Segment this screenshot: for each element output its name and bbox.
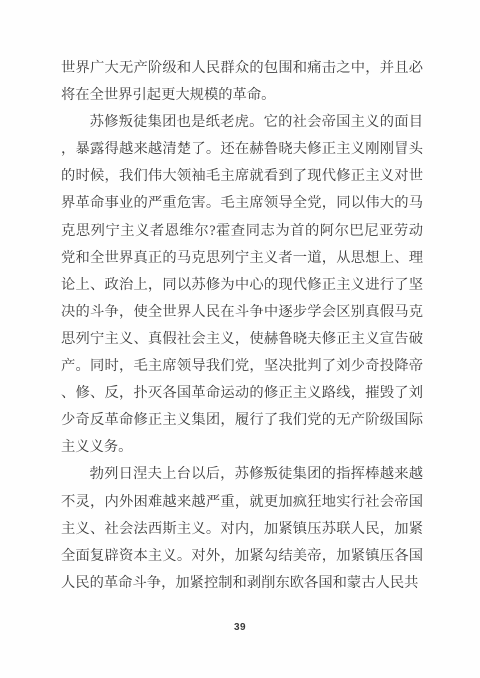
text-line: 的时候，我们伟大领袖毛主席就看到了现代修正主义对世 (61, 163, 423, 190)
paragraph: 世界广大无产阶级和人民群众的包围和痛击之中，并且必将在全世界引起更大规模的革命。 (61, 55, 423, 109)
text-line: 勃列日涅夫上台以后，苏修叛徒集团的指挥棒越来越 (61, 461, 423, 488)
text-block: 世界广大无产阶级和人民群众的包围和痛击之中，并且必将在全世界引起更大规模的革命。… (61, 55, 423, 597)
paragraph: 苏修叛徒集团也是纸老虎。它的社会帝国主义的面目，暴露得越来越清楚了。还在赫鲁晓夫… (61, 109, 423, 461)
text-line: 主义义务。 (61, 434, 423, 461)
text-line: 、修、反，扑灭各国革命运动的修正主义路线，摧毁了刘 (61, 380, 423, 407)
text-line: 不灵，内外困难越来越严重，就更加疯狂地实行社会帝国 (61, 489, 423, 516)
text-line: 产。同时，毛主席领导我们党，坚决批判了刘少奇投降帝 (61, 353, 423, 380)
text-line: 人民的革命斗争，加紧控制和剥削东欧各国和蒙古人民共 (61, 570, 423, 597)
text-line: 世界广大无产阶级和人民群众的包围和痛击之中，并且必 (61, 55, 423, 82)
text-line: 克思列宁主义者恩维尔?霍查同志为首的阿尔巴尼亚劳动 (61, 218, 423, 245)
text-line: 全面复辟资本主义。对外，加紧勾结美帝，加紧镇压各国 (61, 543, 423, 570)
document-page: 世界广大无产阶级和人民群众的包围和痛击之中，并且必将在全世界引起更大规模的革命。… (0, 0, 480, 678)
text-line: 论上、政治上，同以苏修为中心的现代修正主义进行了坚 (61, 272, 423, 299)
text-line: 苏修叛徒集团也是纸老虎。它的社会帝国主义的面目 (61, 109, 423, 136)
paragraph: 勃列日涅夫上台以后，苏修叛徒集团的指挥棒越来越不灵，内外困难越来越严重，就更加疯… (61, 461, 423, 596)
text-line: 党和全世界真正的马克思列宁主义者一道，从思想上、理 (61, 245, 423, 272)
text-line: 界革命事业的严重危害。毛主席领导全党，同以伟大的马 (61, 190, 423, 217)
page-number: 39 (0, 622, 480, 633)
text-line: 少奇反革命修正主义集团，履行了我们党的无产阶级国际 (61, 407, 423, 434)
text-line: 将在全世界引起更大规模的革命。 (61, 82, 423, 109)
text-line: 决的斗争，使全世界人民在斗争中逐步学会区别真假马克 (61, 299, 423, 326)
text-line: ，暴露得越来越清楚了。还在赫鲁晓夫修正主义刚刚冒头 (61, 136, 423, 163)
text-line: 主义、社会法西斯主义。对内，加紧镇压苏联人民，加紧 (61, 516, 423, 543)
text-line: 思列宁主义、真假社会主义，使赫鲁晓夫修正主义宣告破 (61, 326, 423, 353)
